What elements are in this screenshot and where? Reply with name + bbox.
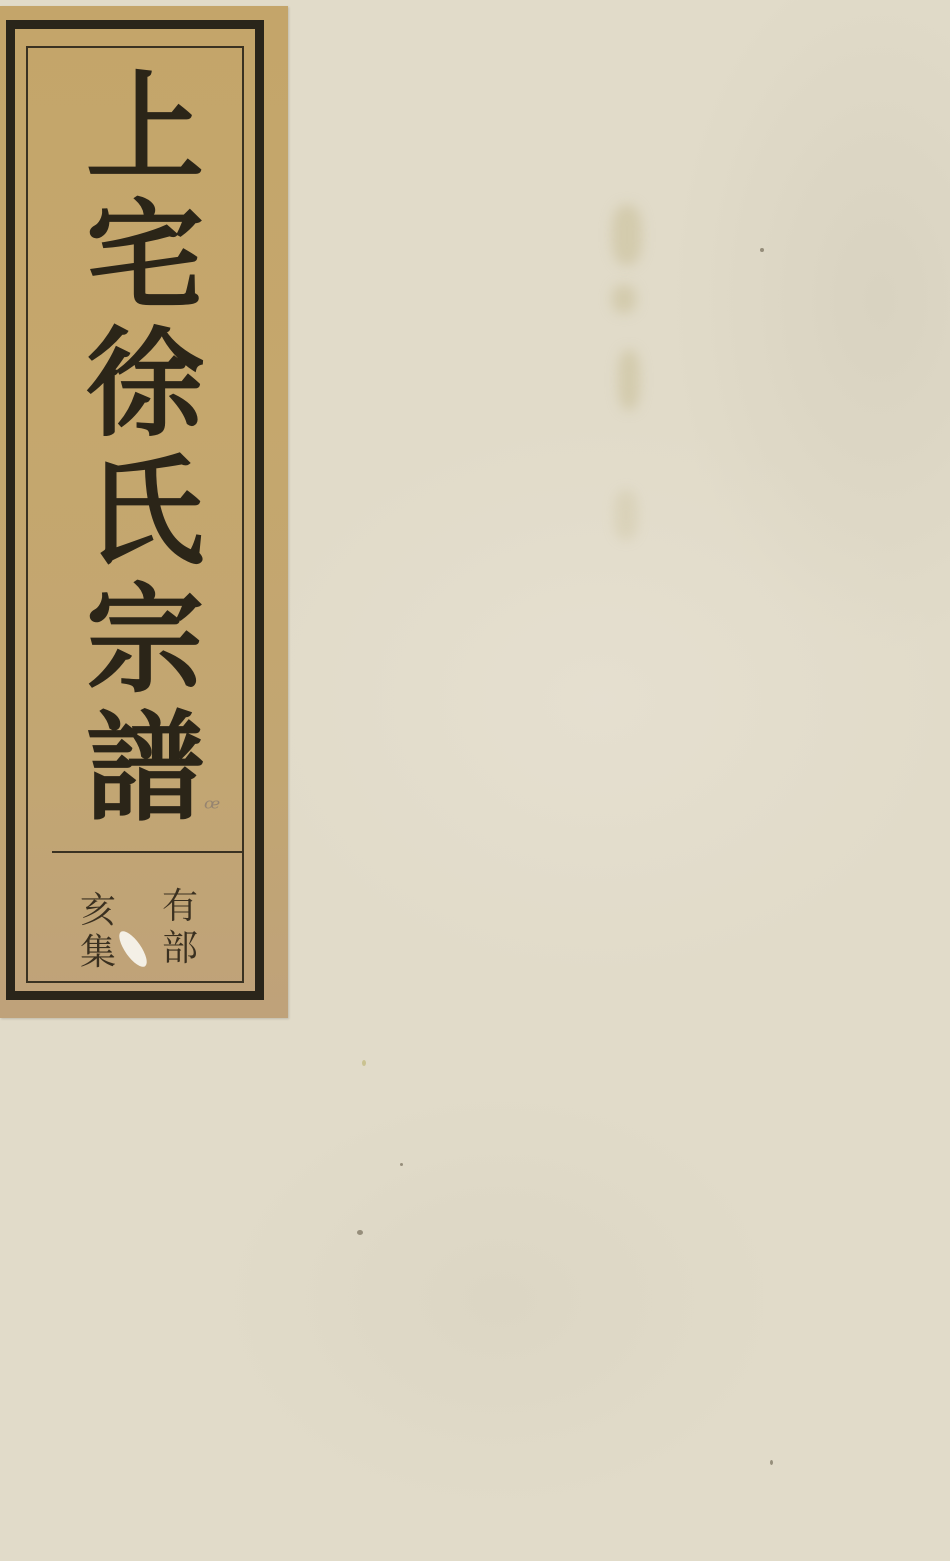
volume-section: 有 部 [162, 886, 198, 970]
volume-number: 亥 集 [80, 890, 116, 974]
stain [618, 350, 640, 410]
speck [760, 248, 764, 252]
speck [357, 1230, 363, 1235]
title-char: 徐 [86, 320, 204, 448]
stain [614, 490, 638, 540]
volume-char: 部 [162, 928, 198, 970]
title-char: 譜 [86, 704, 204, 832]
stain [612, 285, 636, 313]
title-char: 宅 [86, 192, 204, 320]
stain [612, 205, 642, 265]
book-title: 上 宅 徐 氏 宗 譜 [70, 64, 220, 832]
speck [770, 1460, 773, 1465]
label-divider [52, 851, 242, 853]
title-char: 氏 [86, 448, 204, 576]
title-char: 上 [86, 64, 204, 192]
speck [362, 1060, 366, 1066]
title-label: 上 宅 徐 氏 宗 譜 ꟹ 有 部 亥 集 [0, 6, 288, 1018]
volume-char: 有 [162, 886, 198, 928]
pencil-mark: ꟹ [204, 794, 220, 824]
volume-char: 集 [80, 932, 116, 974]
title-char: 宗 [86, 576, 204, 704]
volume-char: 亥 [80, 890, 116, 932]
speck [400, 1163, 403, 1166]
